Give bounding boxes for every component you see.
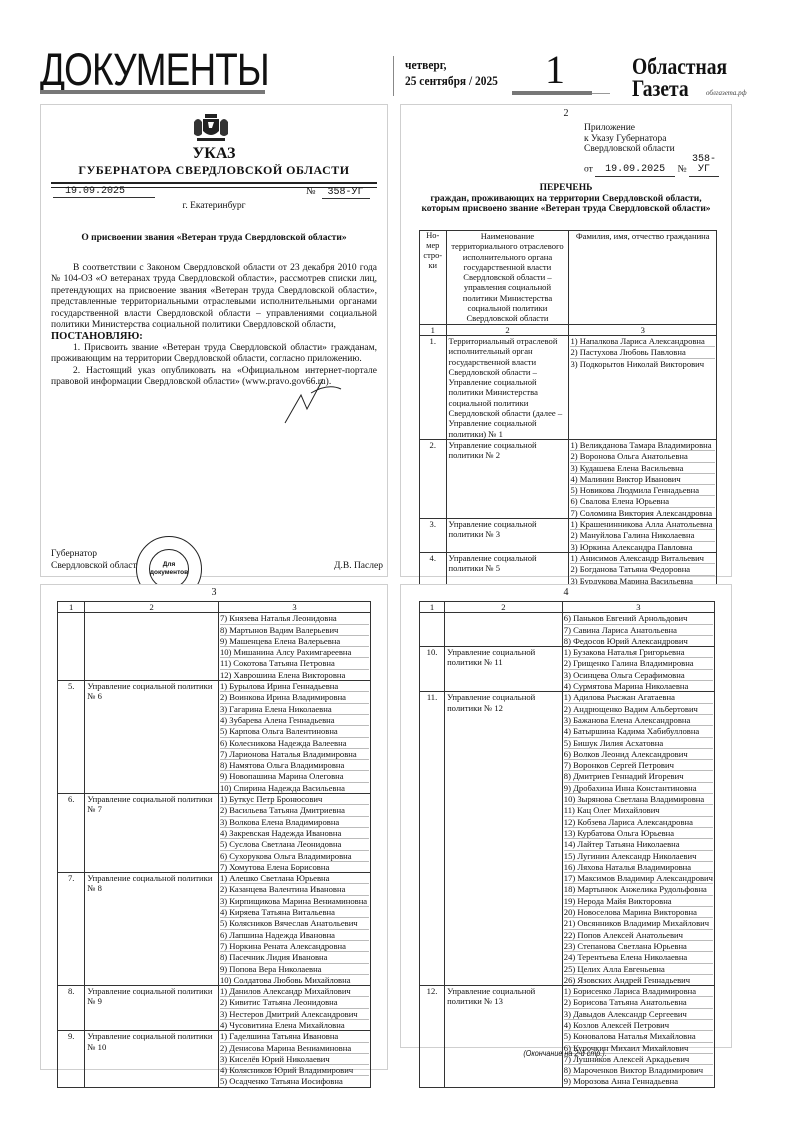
citizen-names: 1) Буткус Петр Бронюсович2) Васильева Та… (218, 794, 370, 873)
signer-name: Д.В. Паслер (334, 561, 383, 571)
citizen-name: 9) Попова Вера Николаевна (220, 964, 369, 975)
column-number: 3 (218, 602, 370, 613)
decree-resolve: ПОСТАНОВЛЯЮ: (51, 331, 377, 342)
org-name: Управление социальной политики № 3 (446, 519, 569, 553)
citizen-name: 6) Волков Леонид Александрович (564, 749, 713, 760)
row-number (420, 613, 445, 647)
brand-url: облгазета.рф (706, 89, 747, 97)
citizen-name: 11) Кац Олег Михайлович (564, 805, 713, 816)
citizen-names: 1) Напалкова Лариса Александровна2) Паст… (569, 335, 717, 439)
citizen-name: 4) Батыршина Кадима Хабибулловна (564, 726, 713, 737)
number-label: № (306, 186, 316, 197)
org-name: Управление социальной политики № 6 (85, 681, 219, 794)
citizen-name: 3) Нестеров Дмитрий Александрович (220, 1009, 369, 1020)
citizen-name: 17) Максимов Владимир Александрович (564, 873, 713, 884)
citizen-name: 7) Ларионова Наталья Владимировна (220, 749, 369, 760)
org-name: Управление социальной политики № 2 (446, 439, 569, 518)
citizen-name: 2) Воронова Ольга Анатольевна (570, 451, 715, 462)
citizen-name: 2) Денисова Марина Вениаминовна (220, 1043, 369, 1054)
citizen-name: 5) Новикова Людмила Геннадьевна (570, 485, 715, 496)
veterans-table: 1236) Паньков Евгений Арнольдович7) Сави… (419, 601, 715, 1088)
org-name: Управление социальной политики № 13 (445, 986, 563, 1088)
appendix-page-2: 2 Приложение к Указу Губернатора Свердло… (400, 104, 732, 577)
row-number: 12. (420, 986, 445, 1088)
header-row-number: Но-мерстро-ки (420, 231, 447, 325)
citizen-name: 2) Богданова Татьяна Федоровна (570, 564, 715, 575)
appendix-line3: Свердловской области (584, 144, 719, 155)
org-name: Управление социальной политики № 9 (85, 986, 219, 1031)
row-number: 10. (420, 647, 445, 692)
veterans-table: Но-мерстро-киНаименование территориально… (419, 230, 717, 621)
citizen-name: 8) Мароченков Виктор Владимирович (564, 1065, 713, 1076)
citizen-name: 9) Машенцева Елена Валерьевна (220, 636, 369, 647)
stamp-text-1: Для (163, 561, 176, 569)
masthead: ДОКУМЕНТЫ четверг, 25 сентября / 2025 1 … (0, 0, 800, 98)
org-name (445, 613, 563, 647)
citizen-name: 6) Лапшина Надежда Ивановна (220, 930, 369, 941)
signature-icon (283, 375, 343, 425)
citizen-name: 2) Грищенко Галина Владимировна (564, 658, 713, 669)
number-label: № (678, 164, 687, 174)
table-row: 10.Управление социальной политики № 111)… (420, 647, 715, 692)
citizen-names: 1) Алешко Светлана Юрьевна2) Казанцева В… (218, 873, 370, 986)
citizen-names: 1) Данилов Александр Михайлович2) Кивити… (218, 986, 370, 1031)
column-number: 3 (569, 324, 717, 335)
appendix-date-line: от 19.09.2025 № 358-УГ (584, 155, 719, 177)
decree-preamble: В соответствии с Законом Свердловской об… (51, 263, 377, 331)
row-number: 2. (420, 439, 447, 518)
citizen-name: 6) Сухорукова Ольга Владимировна (220, 851, 369, 862)
citizen-name: 19) Нерода Майя Викторовна (564, 896, 713, 907)
masthead-divider (393, 56, 394, 96)
row-number: 5. (58, 681, 85, 794)
row-number: 9. (58, 1031, 85, 1087)
citizen-name: 10) Солдатова Любовь Михайловна (220, 975, 369, 985)
citizen-name: 4) Чусовитина Елена Михайловна (220, 1020, 369, 1030)
citizen-name: 3) Давыдов Александр Сергеевич (564, 1009, 713, 1020)
citizen-name: 10) Спирина Надежда Васильевна (220, 783, 369, 793)
citizen-name: 12) Кобзева Лариса Александровна (564, 817, 713, 828)
row-number: 6. (58, 794, 85, 873)
table-row: 6) Паньков Евгений Арнольдович7) Савина … (420, 613, 715, 647)
row-number: 3. (420, 519, 447, 553)
table-row: 12.Управление социальной политики № 131)… (420, 986, 715, 1088)
org-name: Управление социальной политики № 12 (445, 692, 563, 986)
row-number (58, 613, 85, 681)
citizen-name: 2) Кивитис Татьяна Леонидовна (220, 997, 369, 1008)
citizen-name: 5) Колясников Вячеслав Анатольевич (220, 918, 369, 929)
signer-title: Губернатор Свердловской области (51, 549, 142, 572)
citizen-name: 9) Дробахина Инна Константиновна (564, 783, 713, 794)
citizen-name: 6) Свалова Елена Юрьевна (570, 496, 715, 507)
citizen-name: 1) Напалкова Лариса Александровна (570, 336, 715, 347)
decree-city: г. Екатеринбург (41, 201, 387, 211)
citizen-name: 5) Суслова Светлана Леонидовна (220, 839, 369, 850)
decree-heading: УКАЗ (41, 145, 387, 163)
citizen-name: 1) Адилова Рысжан Агатаевна (564, 692, 713, 703)
column-number: 3 (562, 602, 714, 613)
citizen-name: 22) Попов Алексей Анатольевич (564, 930, 713, 941)
citizen-name: 2) Мануйлова Галина Николаевна (570, 530, 715, 541)
citizen-name: 10) Мишанина Алсу Рахимгареевна (220, 647, 369, 658)
table-row: 1.Территориальный отраслевой исполнитель… (420, 335, 717, 439)
citizen-name: 15) Лугинин Александр Николаевич (564, 851, 713, 862)
table-row: 9.Управление социальной политики № 101) … (58, 1031, 371, 1087)
citizen-name: 7) Савина Лариса Анатольевна (564, 625, 713, 636)
citizen-names: 1) Борисенко Лариса Владимировна2) Борис… (562, 986, 714, 1088)
citizen-name: 13) Курбатова Ольга Юрьевна (564, 828, 713, 839)
citizen-name: 6) Колесникова Надежда Валеевна (220, 738, 369, 749)
column-number: 1 (420, 324, 447, 335)
table-header-row: Но-мерстро-киНаименование территориально… (420, 231, 717, 325)
citizen-name: 3) Гагарина Елена Николаевна (220, 704, 369, 715)
citizen-name: 18) Мартынюк Анжелика Рудольфовна (564, 884, 713, 895)
table-row: 2.Управление социальной политики № 21) В… (420, 439, 717, 518)
citizen-name: 2) Пастухова Любовь Павловна (570, 347, 715, 358)
org-name: Управление социальной политики № 11 (445, 647, 563, 692)
citizen-name: 1) Бурылова Ирина Геннадьевна (220, 681, 369, 692)
issue-date: 25 сентября / 2025 (405, 73, 498, 89)
from-label: от (584, 164, 593, 174)
citizen-names: 7) Князева Наталья Леонидовна8) Мартынов… (218, 613, 370, 681)
citizen-name: 7) Соломина Виктория Александровна (570, 508, 715, 518)
appendix-date: 19.09.2025 (595, 165, 675, 177)
citizen-names: 1) Крашенинникова Алла Анатольевна2) Ман… (569, 519, 717, 553)
column-number-row: 123 (58, 602, 371, 613)
citizen-name: 7) Князева Наталья Леонидовна (220, 613, 369, 624)
citizen-name: 9) Новопашина Марина Олеговна (220, 771, 369, 782)
appendix-line1: Приложение (584, 123, 719, 134)
brand-name-line2: Газета (632, 78, 689, 100)
org-name (85, 613, 219, 681)
citizen-name: 7) Хомутова Елена Борисовна (220, 862, 369, 872)
sheet-number: 3 (41, 587, 387, 598)
page-number-bar (512, 91, 592, 95)
page-number: 1 (545, 48, 565, 92)
list-title: ПЕРЕЧЕНЬ (401, 183, 731, 194)
row-number: 7. (58, 873, 85, 986)
citizen-name: 5) Бишук Лилия Асхатовна (564, 738, 713, 749)
header-name: Фамилия, имя, отчество гражданина (569, 231, 717, 325)
citizen-name: 12) Хаврошина Елена Викторовна (220, 670, 369, 680)
appendix-page-4: 4 1236) Паньков Евгений Арнольдович7) Са… (400, 584, 732, 1048)
citizen-name: 25) Целих Алла Евгеньевна (564, 964, 713, 975)
appendix-page-3: 3 1237) Князева Наталья Леонидовна8) Мар… (40, 584, 388, 1070)
veterans-table: 1237) Князева Наталья Леонидовна8) Марты… (57, 601, 371, 1088)
citizen-name: 8) Мартынов Вадим Валерьевич (220, 625, 369, 636)
list-subtitle-1: граждан, проживающих на территории Сверд… (401, 194, 731, 205)
decree-body: В соответствии с Законом Свердловской об… (51, 263, 377, 388)
citizen-name: 5) Осадченко Татьяна Иосифовна (220, 1076, 369, 1086)
citizen-name: 24) Терентьева Елена Николаевна (564, 952, 713, 963)
citizen-name: 2) Андрющенко Вадим Альбертович (564, 704, 713, 715)
org-name: Управление социальной политики № 7 (85, 794, 219, 873)
row-number: 8. (58, 986, 85, 1031)
citizen-name: 16) Ляхова Наталья Владимировна (564, 862, 713, 873)
citizen-name: 2) Борисова Татьяна Анатольевна (564, 997, 713, 1008)
decree-page: УКАЗ ГУБЕРНАТОРА СВЕРДЛОВСКОЙ ОБЛАСТИ 19… (40, 104, 388, 577)
section-underline (40, 90, 265, 94)
citizen-name: 3) Волкова Елена Владимировна (220, 817, 369, 828)
list-heading: ПЕРЕЧЕНЬ граждан, проживающих на террито… (401, 183, 731, 215)
citizen-name: 1) Борисенко Лариса Владимировна (564, 986, 713, 997)
citizen-names: 1) Бурылова Ирина Геннадьевна2) Воинкова… (218, 681, 370, 794)
citizen-name: 14) Лайтер Татьяна Николаевна (564, 839, 713, 850)
header-org: Наименование территориального отраслевог… (446, 231, 569, 325)
citizen-name: 4) Сурмятова Марина Николаевна (564, 681, 713, 691)
appendix-line2: к Указу Губернатора (584, 134, 719, 145)
decree-clause-1: 1. Присвоить звание «Ветеран труда Сверд… (51, 343, 377, 366)
continuation-note: (Окончание на 2-й стр.). (417, 1049, 714, 1058)
citizen-name: 3) Кудашева Елена Васильевна (570, 463, 715, 474)
citizen-name: 6) Паньков Евгений Арнольдович (564, 613, 713, 624)
citizen-name: 1) Анисимов Александр Витальевич (570, 553, 715, 564)
citizen-name: 3) Киселёв Юрий Николаевич (220, 1054, 369, 1065)
column-number: 2 (445, 602, 563, 613)
org-name: Управление социальной политики № 10 (85, 1031, 219, 1087)
citizen-name: 21) Овсянников Владимир Михайлович (564, 918, 713, 929)
citizen-name: 3) Кирпищикова Марина Вениаминовна (220, 896, 369, 907)
sheet-number: 4 (401, 587, 731, 598)
org-name: Территориальный отраслевой исполнительны… (446, 335, 569, 439)
citizen-name: 3) Осинцева Ольга Серафимовна (564, 670, 713, 681)
page-number-line (592, 93, 610, 94)
citizen-name: 2) Казанцева Валентина Ивановна (220, 884, 369, 895)
signer-title-line1: Губернатор (51, 549, 142, 561)
citizen-name: 5) Коновалова Наталья Михайловна (564, 1031, 713, 1042)
citizen-name: 2) Воинкова Ирина Владимировна (220, 692, 369, 703)
citizen-name: 4) Закревская Надежда Ивановна (220, 828, 369, 839)
row-number: 1. (420, 335, 447, 439)
table-row: 6.Управление социальной политики № 71) Б… (58, 794, 371, 873)
decree-number-field: №358-УГ (306, 186, 370, 199)
citizen-names: 1) Адилова Рысжан Агатаевна2) Андрющенко… (562, 692, 714, 986)
citizen-name: 3) Юркина Александра Павловна (570, 542, 715, 552)
citizen-name: 1) Гаделшина Татьяна Ивановна (220, 1031, 369, 1042)
citizen-name: 3) Бажанова Елена Александровна (564, 715, 713, 726)
citizen-name: 7) Норкина Рената Александровна (220, 941, 369, 952)
decree-title: О присвоении звания «Ветеран труда Сверд… (41, 233, 387, 243)
column-number: 1 (420, 602, 445, 613)
decree-date: 19.09.2025 (53, 186, 155, 198)
citizen-names: 6) Паньков Евгений Арнольдович7) Савина … (562, 613, 714, 647)
stamp-text-2: документов (150, 569, 188, 577)
citizen-name: 4) Козлов Алексей Петрович (564, 1020, 713, 1031)
citizen-name: 1) Данилов Александр Михайлович (220, 986, 369, 997)
table-row: 5.Управление социальной политики № 61) Б… (58, 681, 371, 794)
citizen-name: 9) Морозова Анна Геннадьевна (564, 1076, 713, 1086)
citizen-name: 1) Бузакова Наталья Григорьевна (564, 647, 713, 658)
citizen-name: 4) Малинин Виктор Иванович (570, 474, 715, 485)
citizen-name: 4) Киряева Татьяна Витальевна (220, 907, 369, 918)
citizen-name: 11) Сокотова Татьяна Петровна (220, 658, 369, 669)
sheet-number: 2 (401, 108, 731, 119)
table-row: 8.Управление социальной политики № 91) Д… (58, 986, 371, 1031)
column-number: 2 (446, 324, 569, 335)
citizen-name: 7) Воронков Сергей Петрович (564, 760, 713, 771)
citizen-name: 4) Колясников Юрий Владимирович (220, 1065, 369, 1076)
row-number: 11. (420, 692, 445, 986)
column-number: 2 (85, 602, 219, 613)
citizen-name: 23) Степанова Светлана Юрьевна (564, 941, 713, 952)
citizen-name: 8) Намятова Ольга Владимировна (220, 760, 369, 771)
citizen-names: 1) Бузакова Наталья Григорьевна2) Грищен… (562, 647, 714, 692)
citizen-name: 2) Васильева Татьяна Дмитриевна (220, 805, 369, 816)
column-number-row: 123 (420, 324, 717, 335)
column-number-row: 123 (420, 602, 715, 613)
table-row: 3.Управление социальной политики № 31) К… (420, 519, 717, 553)
decree-authority: ГУБЕРНАТОРА СВЕРДЛОВСКОЙ ОБЛАСТИ (41, 163, 387, 178)
table-row: 7.Управление социальной политики № 81) А… (58, 873, 371, 986)
decree-number: 358-УГ (322, 187, 370, 199)
table-row: 7) Князева Наталья Леонидовна8) Мартынов… (58, 613, 371, 681)
citizen-name: 1) Крашенинникова Алла Анатольевна (570, 519, 715, 530)
section-title: ДОКУМЕНТЫ (40, 46, 269, 94)
citizen-names: 1) Гаделшина Татьяна Ивановна2) Денисова… (218, 1031, 370, 1087)
appendix-number: 358-УГ (689, 155, 719, 177)
column-number: 1 (58, 602, 85, 613)
stamp-center: Для документов (149, 549, 189, 589)
coat-of-arms-icon (191, 112, 231, 142)
brand-name-line1: Областная (632, 56, 727, 78)
citizen-name: 4) Зубарева Алена Геннадьевна (220, 715, 369, 726)
issue-weekday: четверг, (405, 57, 447, 73)
table-row: 11.Управление социальной политики № 121)… (420, 692, 715, 986)
citizen-name: 5) Карпова Ольга Валентиновна (220, 726, 369, 737)
citizen-name: 10) Зырянова Светлана Владимировна (564, 794, 713, 805)
citizen-name: 3) Подкорытов Николай Викторович (570, 359, 715, 369)
citizen-name: 1) Буткус Петр Бронюсович (220, 794, 369, 805)
signer-title-line2: Свердловской области (51, 561, 142, 573)
citizen-name: 8) Федосов Юрий Александрович (564, 636, 713, 646)
citizen-name: 20) Новоселова Марина Викторовна (564, 907, 713, 918)
citizen-name: 8) Пасечник Лидия Ивановна (220, 952, 369, 963)
appendix-reference: Приложение к Указу Губернатора Свердловс… (584, 123, 719, 177)
citizen-name: 26) Язовских Андрей Геннадьевич (564, 975, 713, 985)
citizen-name: 8) Дмитриев Геннадий Игоревич (564, 771, 713, 782)
citizen-name: 1) Алешко Светлана Юрьевна (220, 873, 369, 884)
org-name: Управление социальной политики № 8 (85, 873, 219, 986)
citizen-names: 1) Великданова Тамара Владимировна2) Вор… (569, 439, 717, 518)
citizen-name: 1) Великданова Тамара Владимировна (570, 440, 715, 451)
list-subtitle-2: которым присвоено звание «Ветеран труда … (401, 204, 731, 215)
